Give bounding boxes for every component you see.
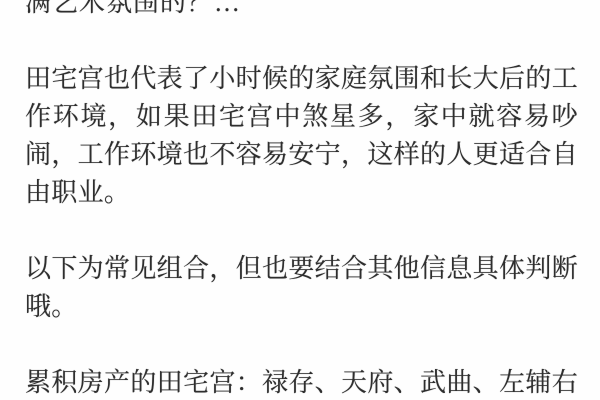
paragraph-common-combinations-note: 以下为常见组合，但也要结合其他信息具体判断哦。 — [25, 250, 578, 326]
document-page: 满艺术氛围的？… 田宅宫也代表了小时候的家庭氛围和长大后的工作环境，如果田宅宫中… — [0, 0, 600, 400]
paragraph-house-palace-meaning: 田宅宫也代表了小时候的家庭氛围和长大后的工作环境，如果田宅宫中煞星多，家中就容易… — [25, 60, 578, 212]
paragraph-property-accumulation-stars: 累积房产的田宅宫：禄存、天府、武曲、左辅右 — [25, 364, 578, 400]
cropped-top-line: 满艺术氛围的？… — [25, 0, 578, 22]
